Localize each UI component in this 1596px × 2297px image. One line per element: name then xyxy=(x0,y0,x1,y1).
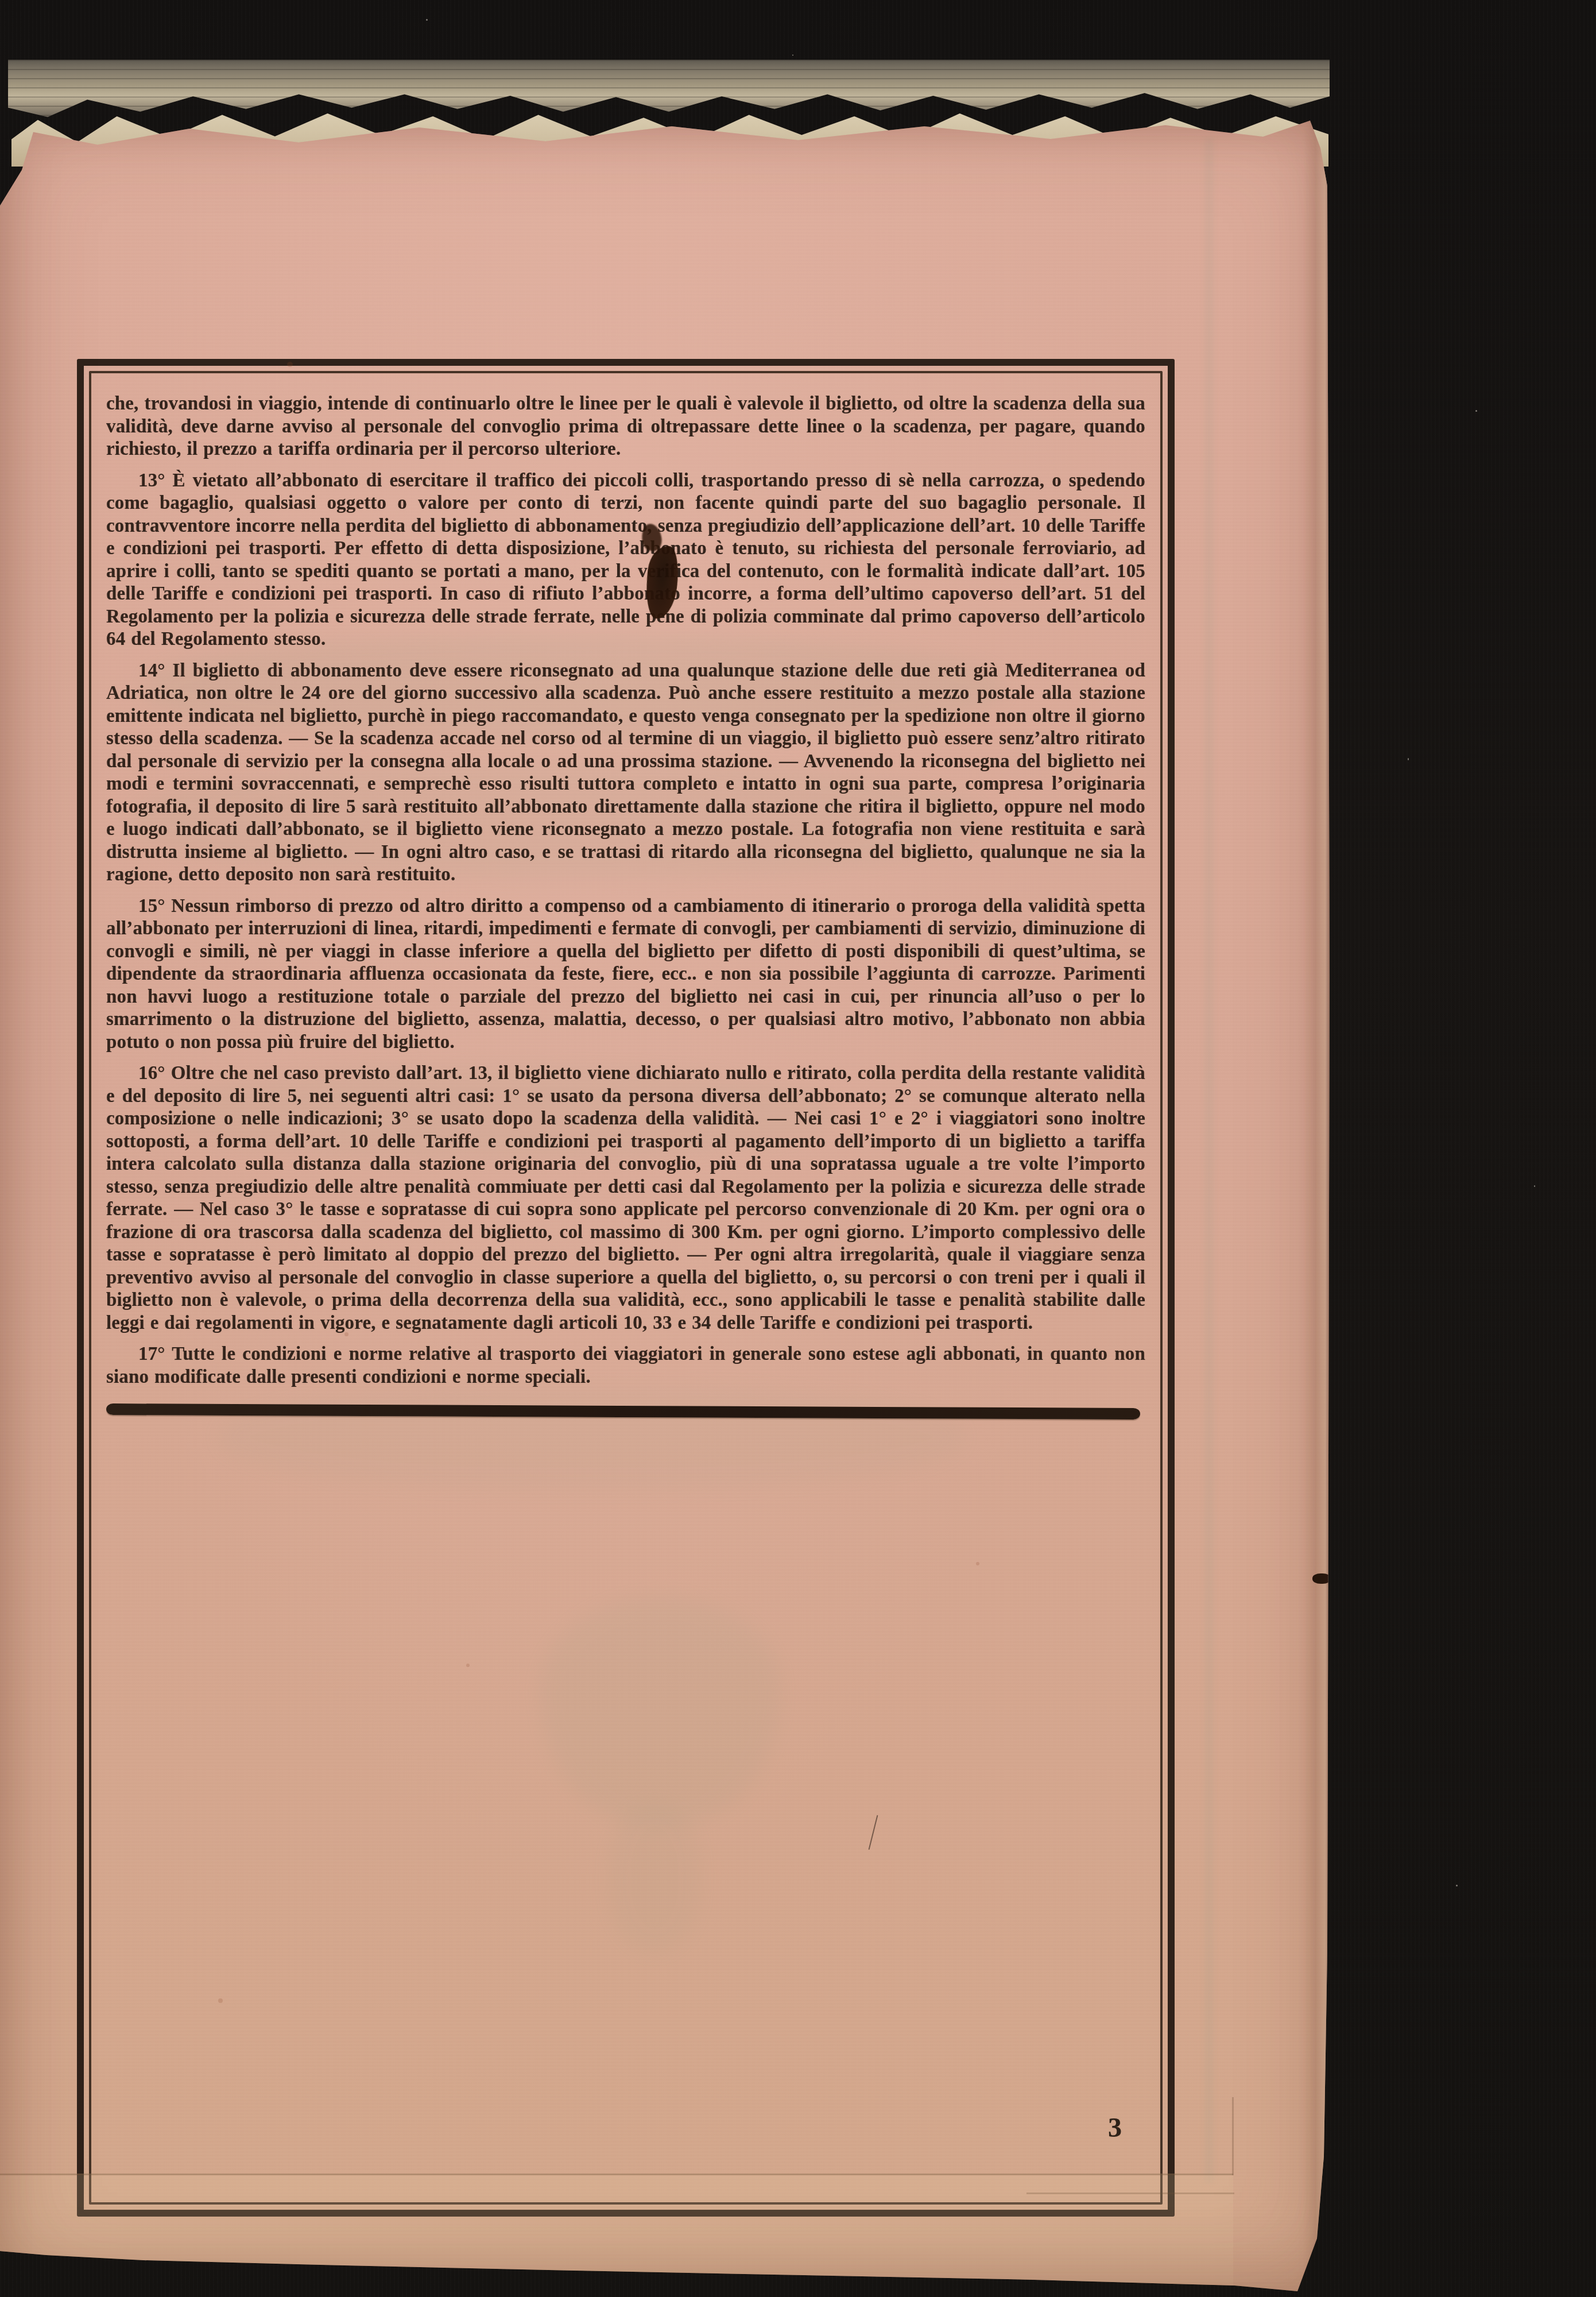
page-stack-edge xyxy=(8,60,1330,126)
end-divider-rule xyxy=(106,1403,1140,1420)
page-number: 3 xyxy=(1108,2112,1122,2144)
paragraph-17: 17° Tutte le condizioni e norme relative… xyxy=(106,1343,1145,1389)
underlying-page-edge-line xyxy=(1232,2097,1234,2175)
scan-canvas: che, trovandosi in viaggio, intende di c… xyxy=(0,0,1596,2297)
foxing-spot xyxy=(976,1562,979,1565)
page-edge-notch xyxy=(1312,1573,1331,1584)
foxing-spot xyxy=(344,1332,348,1336)
paragraph-continuation: che, trovandosi in viaggio, intende di c… xyxy=(106,393,1145,461)
underlying-page-edge xyxy=(0,2174,1233,2296)
paragraph-13: 13° È vietato all’abbonato di esercitare… xyxy=(106,470,1145,651)
scanned-page: che, trovandosi in viaggio, intende di c… xyxy=(0,115,1331,2294)
dust-speck xyxy=(1475,410,1477,412)
foxing-spot xyxy=(218,1998,223,2003)
dust-speck xyxy=(1408,758,1409,760)
paragraph-16: 16° Oltre che nel caso previsto dall’art… xyxy=(106,1062,1145,1335)
vertical-crease xyxy=(1204,138,1214,2182)
dust-speck xyxy=(1534,1185,1535,1187)
border-frame: che, trovandosi in viaggio, intende di c… xyxy=(77,359,1175,2217)
paragraph-14: 14° Il biglietto di abbonamento deve ess… xyxy=(106,660,1145,887)
underlying-page-edge-line xyxy=(1026,2192,1234,2194)
foxing-spot xyxy=(466,1664,470,1667)
border-frame-inner: che, trovandosi in viaggio, intende di c… xyxy=(89,371,1163,2205)
page-right-edge xyxy=(1303,115,1331,2294)
dust-speck xyxy=(1456,1885,1458,1886)
foxing-spot xyxy=(1091,712,1095,717)
foxing-spot xyxy=(287,362,293,367)
dust-speck xyxy=(792,55,793,56)
paragraph-15: 15° Nessun rimborso di prezzo od altro d… xyxy=(106,895,1145,1054)
text-column: che, trovandosi in viaggio, intende di c… xyxy=(106,393,1145,2199)
dust-speck xyxy=(426,19,428,21)
